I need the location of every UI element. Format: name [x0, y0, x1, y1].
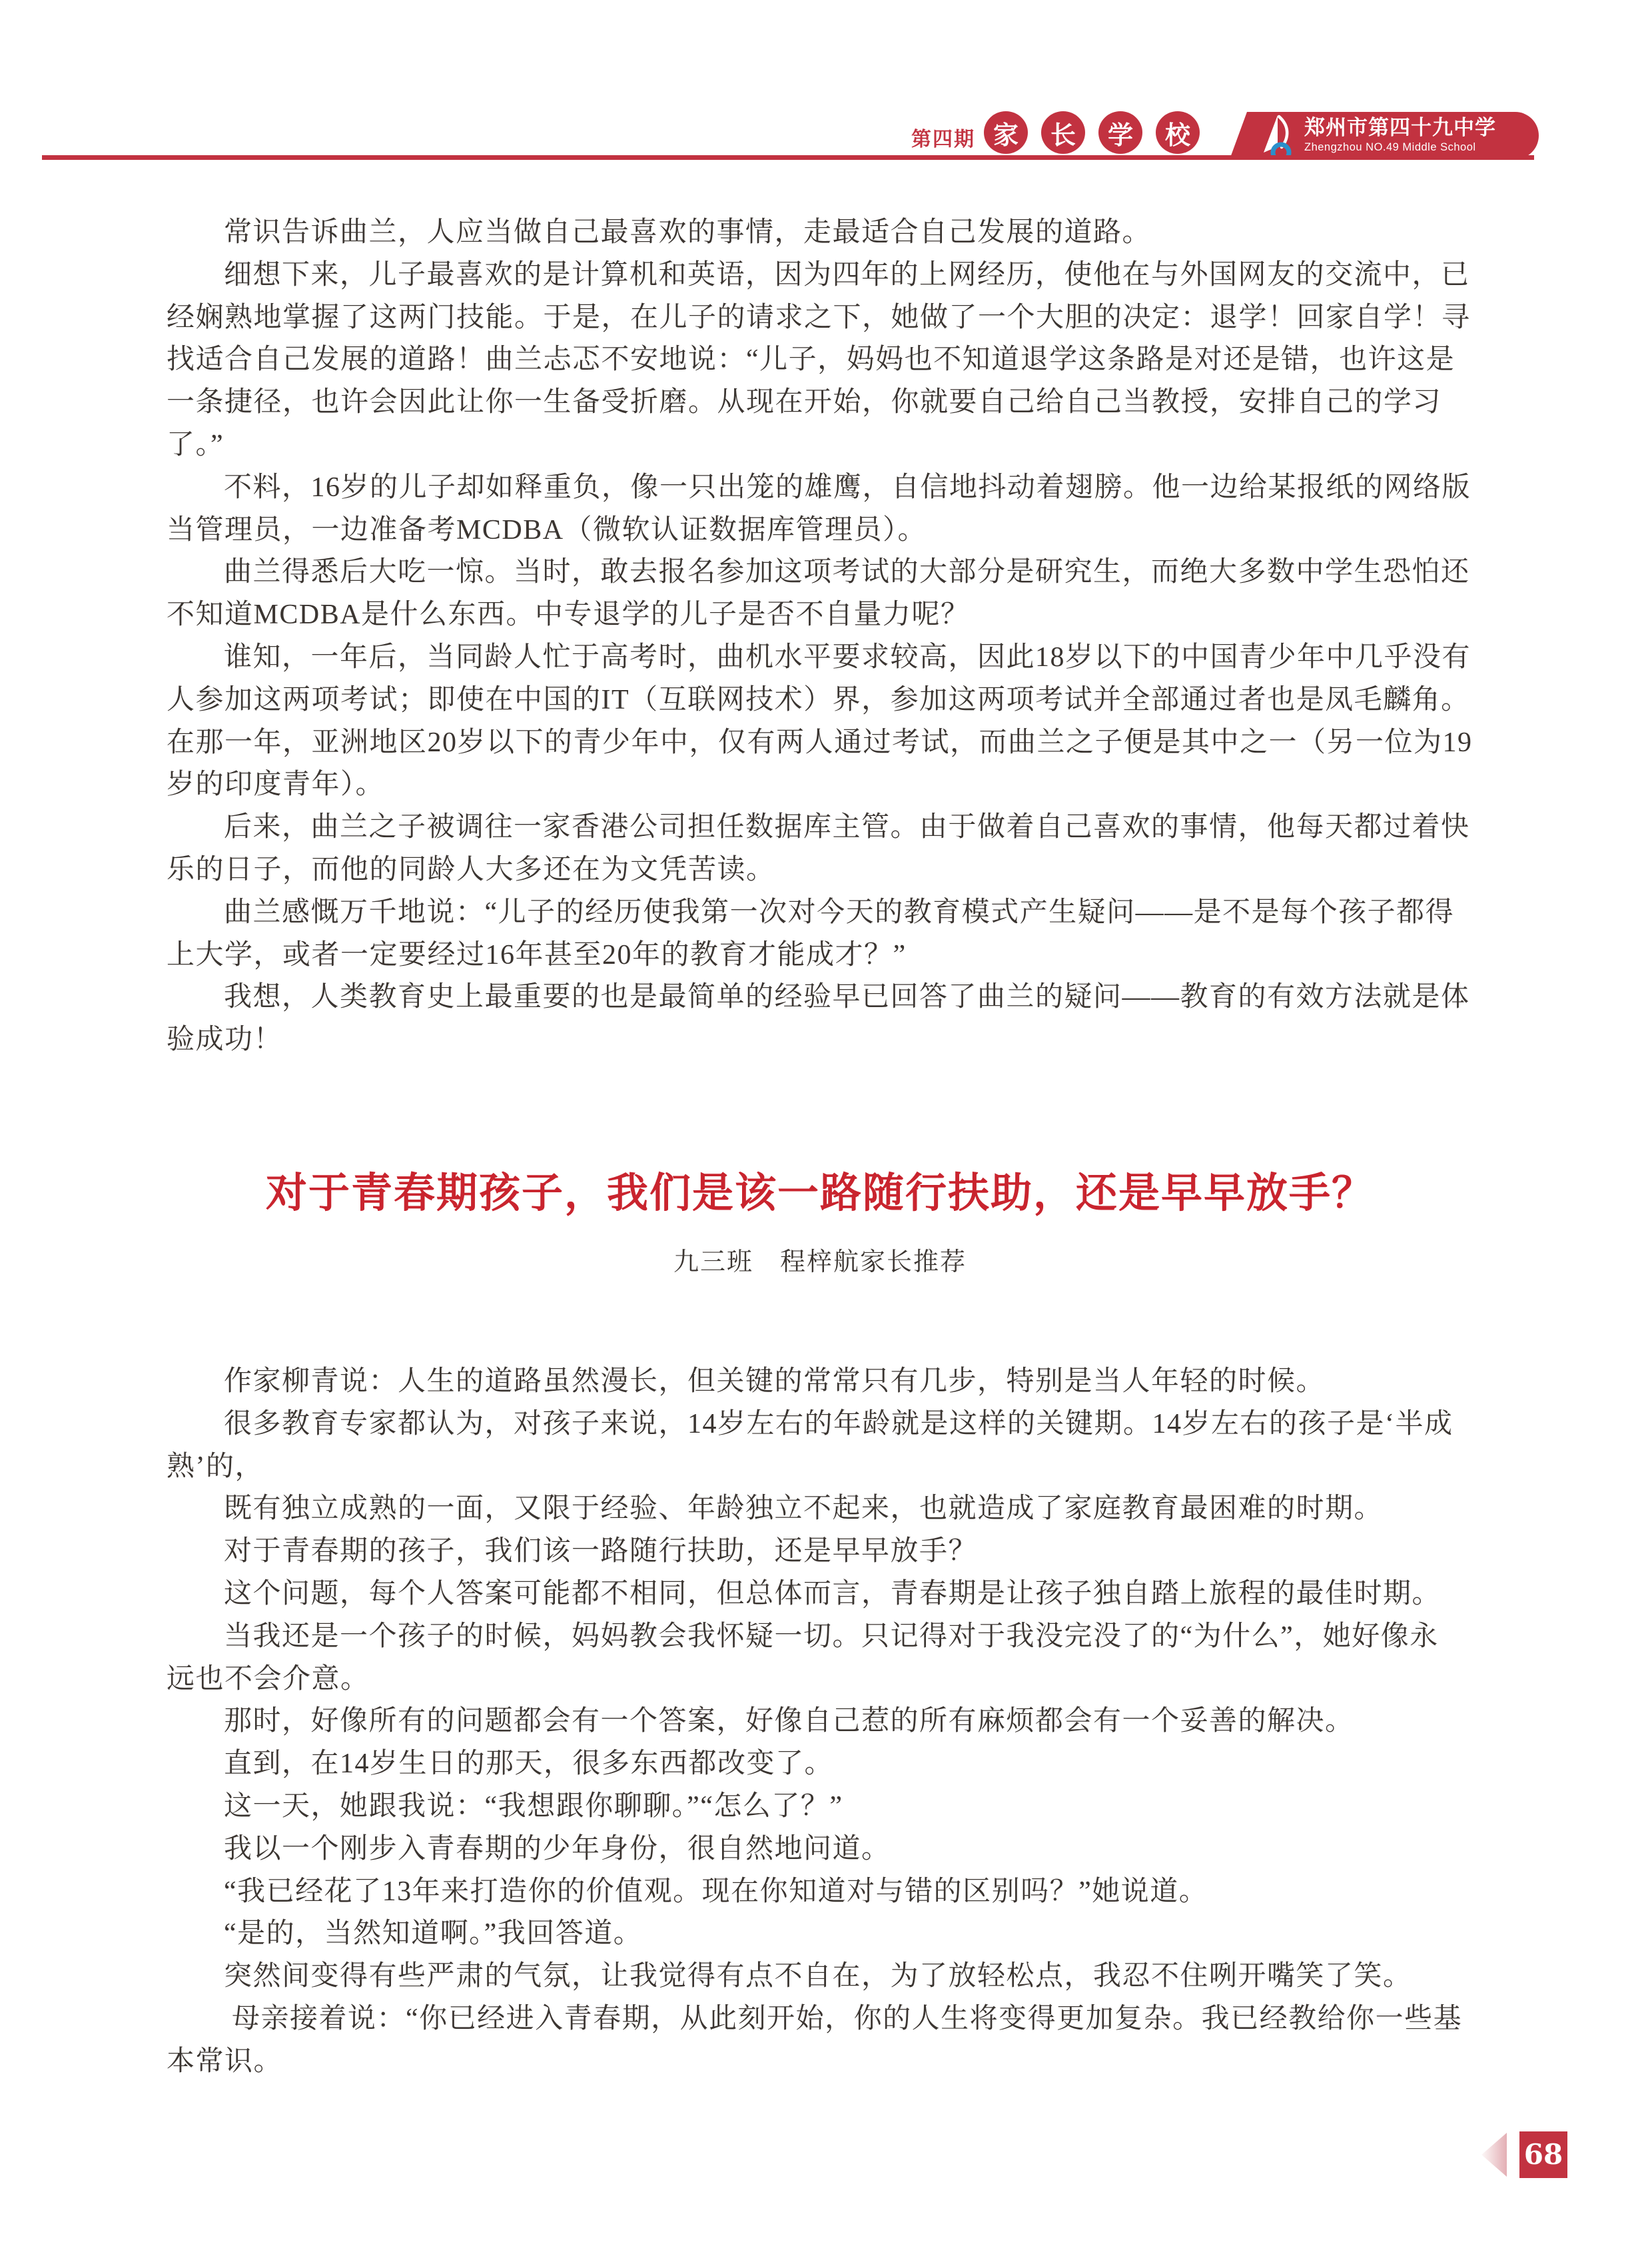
text-line: 乐的日子，而他的同龄人大多还在为文凭苦读。: [167, 849, 1473, 892]
text-line: 曲兰感慨万千地说：“儿子的经历使我第一次对今天的教育模式产生疑问——是不是每个孩…: [167, 892, 1473, 934]
text-line: 当我还是一个孩子的时候，妈妈教会我怀疑一切。只记得对于我没完没了的“为什么”，她…: [167, 1616, 1473, 1659]
issue-label: 第四期: [911, 129, 975, 151]
masthead-badge-4: 校: [1156, 111, 1200, 154]
text-line: 我想，人类教育史上最重要的也是最简单的经验早已回答了曲兰的疑问——教育的有效方法…: [167, 976, 1473, 1019]
text-line: 我以一个刚步入青春期的少年身份，很自然地问道。: [167, 1828, 1473, 1871]
article-adolescence-body: 作家柳青说：人生的道路虽然漫长，但关键的常常只有几步，特别是当人年轻的时候。很多…: [167, 1361, 1473, 2083]
text-line: 人参加这两项考试；即使在中国的IT（互联网技术）界，参加这两项考试并全部通过者也…: [167, 679, 1473, 722]
text-line: 那时，好像所有的问题都会有一个答案，好像自己惹的所有麻烦都会有一个妥善的解决。: [167, 1700, 1473, 1743]
text-line: 远也不会介意。: [167, 1659, 1473, 1701]
text-line: 母亲接着说：“你已经进入青春期，从此刻开始，你的人生将变得更加复杂。我已经教给你…: [167, 1998, 1473, 2041]
school-names: 郑州市第四十九中学 Zhengzhou NO.49 Middle School: [1304, 117, 1531, 154]
school-name-cn: 郑州市第四十九中学: [1304, 117, 1531, 139]
page-number-triangle-icon: [1481, 2133, 1507, 2177]
masthead-badge-3: 学: [1098, 111, 1142, 154]
text-line: 验成功！: [167, 1019, 1473, 1062]
text-line: 不料，16岁的儿子却如释重负，像一只出笼的雄鹰，自信地抖动着翅膀。他一边给某报纸…: [167, 467, 1473, 510]
text-line: 突然间变得有些严肃的气氛，让我觉得有点不自在，为了放轻松点，我忍不住咧开嘴笑了笑…: [167, 1956, 1473, 1998]
text-line: 既有独立成熟的一面，又限于经验、年龄独立不起来，也就造成了家庭教育最困难的时期。: [167, 1488, 1473, 1531]
text-line: 直到，在14岁生日的那天，很多东西都改变了。: [167, 1743, 1473, 1786]
text-line: 本常识。: [167, 2041, 1473, 2083]
text-line: 后来，曲兰之子被调往一家香港公司担任数据库主管。由于做着自己喜欢的事情，他每天都…: [167, 807, 1473, 849]
text-line: 当管理员，一边准备考MCDBA（微软认证数据库管理员）。: [167, 510, 1473, 552]
page-number-badge: 68: [1519, 2131, 1567, 2178]
text-line: 细想下来，儿子最喜欢的是计算机和英语，因为四年的上网经历，使他在与外国网友的交流…: [167, 254, 1473, 297]
school-name-en: Zhengzhou NO.49 Middle School: [1304, 141, 1531, 154]
text-line: “是的，当然知道啊。”我回答道。: [167, 1913, 1473, 1956]
text-line: 很多教育专家都认为，对孩子来说，14岁左右的年龄就是这样的关键期。14岁左右的孩…: [167, 1403, 1473, 1446]
text-line: 在那一年，亚洲地区20岁以下的青少年中，仅有两人通过考试，而曲兰之子便是其中之一…: [167, 722, 1473, 765]
text-line: 一条捷径，也许会因此让你一生备受折磨。从现在开始，你就要自己给自己当教授，安排自…: [167, 382, 1473, 424]
school-banner: 郑州市第四十九中学 Zhengzhou NO.49 Middle School: [1230, 112, 1539, 159]
masthead-badge-1: 家: [984, 111, 1028, 154]
text-line: 岁的印度青年）。: [167, 764, 1473, 807]
text-line: 这个问题，每个人答案可能都不相同，但总体而言，青春期是让孩子独自踏上旅程的最佳时…: [167, 1573, 1473, 1616]
masthead-badges: 家 长 学 校: [984, 111, 1200, 154]
text-line: “我已经花了13年来打造你的价值观。现在你知道对与错的区别吗？”她说道。: [167, 1871, 1473, 1914]
text-line: 不知道MCDBA是什么东西。中专退学的儿子是否不自量力呢？: [167, 594, 1473, 637]
masthead-badge-2: 长: [1041, 111, 1085, 154]
text-line: 这一天，她跟我说：“我想跟你聊聊。”“怎么了？”: [167, 1786, 1473, 1828]
text-line: 上大学，或者一定要经过16年甚至20年的教育才能成才？”: [167, 934, 1473, 977]
text-line: 对于青春期的孩子，我们该一路随行扶助，还是早早放手？: [167, 1531, 1473, 1573]
text-line: 常识告诉曲兰，人应当做自己最喜欢的事情，走最适合自己发展的道路。: [167, 212, 1473, 254]
text-line: 作家柳青说：人生的道路虽然漫长，但关键的常常只有几步，特别是当人年轻的时候。: [167, 1361, 1473, 1403]
text-line: 熟’的，: [167, 1446, 1473, 1489]
text-line: 经娴熟地掌握了这两门技能。于是，在儿子的请求之下，她做了一个大胆的决定：退学！回…: [167, 297, 1473, 340]
article-qulan-body: 常识告诉曲兰，人应当做自己最喜欢的事情，走最适合自己发展的道路。细想下来，儿子最…: [167, 212, 1473, 1062]
school-logo-icon: [1254, 113, 1296, 175]
text-line: 谁知，一年后，当同龄人忙于高考时，曲机水平要求较高，因此18岁以下的中国青少年中…: [167, 637, 1473, 679]
article-title: 对于青春期孩子，我们是该一路随行扶助，还是早早放手？: [167, 1170, 1473, 1217]
article-byline: 九三班 程梓航家长推荐: [167, 1245, 1473, 1280]
text-line: 曲兰得悉后大吃一惊。当时，敢去报名参加这项考试的大部分是研究生，而绝大多数中学生…: [167, 552, 1473, 594]
text-line: 了。”: [167, 424, 1473, 467]
text-line: 找适合自己发展的道路！曲兰忐忑不安地说：“儿子，妈妈也不知道退学这条路是对还是错…: [167, 339, 1473, 382]
header-rule: [42, 155, 1534, 160]
magazine-page: 第四期 家 长 学 校 郑州市第四十九中学 Zhengzhou NO.49 Mi…: [0, 0, 1652, 2242]
